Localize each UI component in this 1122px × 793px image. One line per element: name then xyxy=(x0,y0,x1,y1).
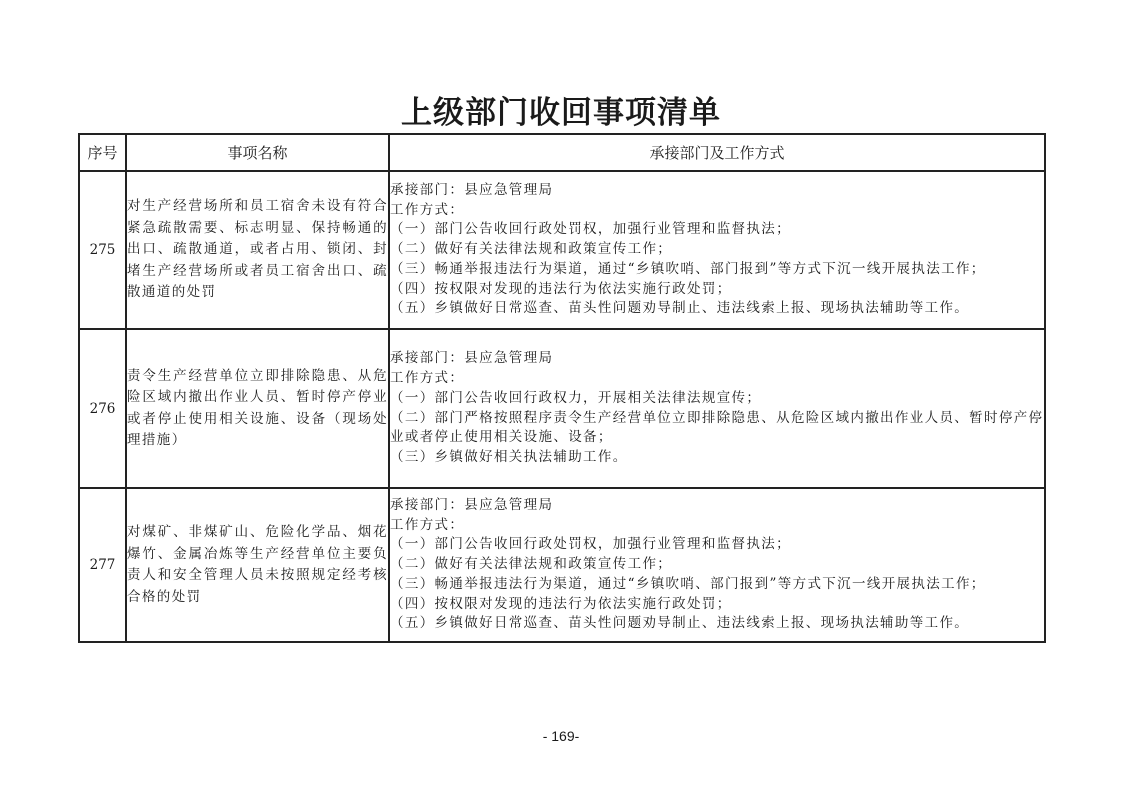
row-serial-number: 275 xyxy=(79,171,126,329)
row-serial-number: 277 xyxy=(79,488,126,642)
method-line: （三）畅通举报违法行为渠道，通过“乡镇吹哨、部门报到”等方式下沉一线开展执法工作… xyxy=(390,260,1044,280)
table-row: 277 对煤矿、非煤矿山、危险化学品、烟花爆竹、金属冶炼等生产经营单位主要负责人… xyxy=(79,488,1045,642)
row-department-method: 承接部门：县应急管理局 工作方式： （一）部门公告收回行政处罚权，加强行业管理和… xyxy=(389,488,1045,642)
row-department-method: 承接部门：县应急管理局 工作方式： （一）部门公告收回行政权力，开展相关法律法规… xyxy=(389,329,1045,488)
method-line: （五）乡镇做好日常巡查、苗头性问题劝导制止、违法线索上报、现场执法辅助等工作。 xyxy=(390,614,1044,634)
header-item-name: 事项名称 xyxy=(126,134,389,171)
row-department-method: 承接部门：县应急管理局 工作方式： （一）部门公告收回行政处罚权，加强行业管理和… xyxy=(389,171,1045,329)
row-item-name: 对煤矿、非煤矿山、危险化学品、烟花爆竹、金属冶炼等生产经营单位主要负责人和安全管… xyxy=(126,488,389,642)
method-line: 承接部门：县应急管理局 xyxy=(390,349,1044,369)
page-number: - 169- xyxy=(0,728,1122,744)
method-line: （二）做好有关法律法规和政策宣传工作； xyxy=(390,555,1044,575)
method-line: （三）畅通举报违法行为渠道，通过“乡镇吹哨、部门报到”等方式下沉一线开展执法工作… xyxy=(390,575,1044,595)
method-line: （四）按权限对发现的违法行为依法实施行政处罚； xyxy=(390,280,1044,300)
method-line: （二）做好有关法律法规和政策宣传工作； xyxy=(390,240,1044,260)
table-header-row: 序号 事项名称 承接部门及工作方式 xyxy=(79,134,1045,171)
method-line: 工作方式： xyxy=(390,201,1044,221)
method-line: 承接部门：县应急管理局 xyxy=(390,181,1044,201)
method-line: （三）乡镇做好相关执法辅助工作。 xyxy=(390,448,1044,468)
row-serial-number: 276 xyxy=(79,329,126,488)
header-department-and-method: 承接部门及工作方式 xyxy=(389,134,1045,171)
recalled-items-table: 序号 事项名称 承接部门及工作方式 275 对生产经营场所和员工宿舍未设有符合紧… xyxy=(78,133,1046,643)
document-title: 上级部门收回事项清单 xyxy=(0,93,1122,133)
method-line: 工作方式： xyxy=(390,369,1044,389)
table-row: 275 对生产经营场所和员工宿舍未设有符合紧急疏散需要、标志明显、保持畅通的出口… xyxy=(79,171,1045,329)
row-item-name: 对生产经营场所和员工宿舍未设有符合紧急疏散需要、标志明显、保持畅通的出口、疏散通… xyxy=(126,171,389,329)
method-line: （一）部门公告收回行政权力，开展相关法律法规宣传； xyxy=(390,389,1044,409)
method-line: 工作方式： xyxy=(390,516,1044,536)
table-row: 276 责令生产经营单位立即排除隐患、从危险区域内撤出作业人员、暂时停产停业或者… xyxy=(79,329,1045,488)
method-line: （一）部门公告收回行政处罚权，加强行业管理和监督执法； xyxy=(390,535,1044,555)
method-line: （四）按权限对发现的违法行为依法实施行政处罚； xyxy=(390,595,1044,615)
row-item-name: 责令生产经营单位立即排除隐患、从危险区域内撤出作业人员、暂时停产停业或者停止使用… xyxy=(126,329,389,488)
header-serial-number: 序号 xyxy=(79,134,126,171)
method-line: （一）部门公告收回行政处罚权，加强行业管理和监督执法； xyxy=(390,220,1044,240)
method-line: 承接部门：县应急管理局 xyxy=(390,496,1044,516)
method-line: （二）部门严格按照程序责令生产经营单位立即排除隐患、从危险区域内撤出作业人员、暂… xyxy=(390,409,1044,448)
method-line: （五）乡镇做好日常巡查、苗头性问题劝导制止、违法线索上报、现场执法辅助等工作。 xyxy=(390,299,1044,319)
